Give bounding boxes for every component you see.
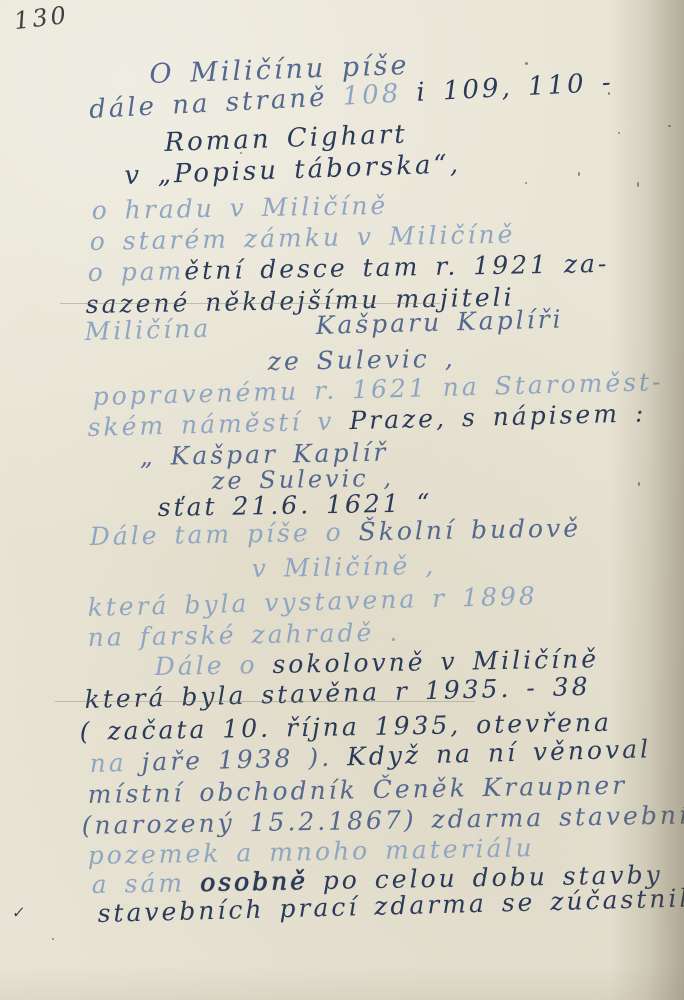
paper-speck [637, 182, 639, 187]
handwriting-segment: o pam [88, 256, 185, 287]
handwriting-segment: a sám [92, 868, 201, 899]
paper-speck [52, 938, 54, 940]
manuscript-page: 130 O Miličínu píšedále na straně 108 i … [0, 0, 684, 1000]
paper-speck [525, 182, 527, 184]
handwriting-segment: v Miličíně , [252, 551, 437, 583]
page-edge-shadow [610, 0, 684, 1000]
handwriting-line: která byla vystavena r 1898 [87, 582, 538, 621]
handwriting-segment: na [89, 748, 142, 778]
handwriting-segment: Kašparu Kaplíři [315, 304, 564, 339]
handwriting-segment: Školní budově [358, 513, 581, 546]
handwriting-segment: Dále tam píše o [90, 517, 359, 551]
page-number: 130 [12, 1, 70, 35]
handwriting-segment: ětní desce tam r. 1921 za- [184, 249, 610, 285]
handwriting-segment: dále na straně [88, 82, 343, 125]
handwriting-segment: Praze, s nápisem : [349, 398, 647, 435]
handwriting-segment: o starém zámku v Miličíně [90, 220, 516, 256]
paper-speck [525, 62, 528, 65]
paper-speck [638, 482, 640, 486]
handwriting-segment: ze Sulevic , [268, 344, 456, 376]
paper-speck [668, 125, 671, 127]
paper-speck [578, 172, 580, 176]
handwriting-segment: Miličína [84, 311, 316, 346]
handwriting-segment: ✓ [10, 903, 27, 922]
handwriting-line: o pamětní desce tam r. 1921 za- [88, 250, 610, 287]
paper-speck [618, 132, 620, 134]
handwriting-segment: na farské zahradě . [88, 618, 401, 652]
handwriting-segment: ském náměstí v [87, 406, 349, 442]
handwriting-segment: jaře 1938 ). [141, 742, 347, 776]
handwriting-segment: osobně [200, 866, 308, 897]
handwriting-segment: i 109, 110 - [416, 68, 615, 108]
handwriting-segment: která byla vystavena r 1898 [87, 581, 538, 622]
handwriting-line: na farské zahradě . [88, 619, 401, 652]
handwriting-line: Dále tam píše o Školní budově [90, 514, 582, 550]
handwriting-line: ze Sulevic , [268, 345, 456, 376]
handwriting-line: v Miličíně , [252, 552, 437, 583]
handwriting-line: o starém zámku v Miličíně [90, 221, 516, 256]
handwriting-segment: Dále o [155, 650, 273, 681]
page-bottom-shade [0, 964, 684, 1000]
handwriting-segment: o hradu v Miličíně [92, 191, 389, 225]
handwriting-line: ✓ [11, 904, 28, 922]
handwriting-line: o hradu v Miličíně [92, 192, 389, 225]
handwriting-segment: 108 [342, 78, 417, 112]
